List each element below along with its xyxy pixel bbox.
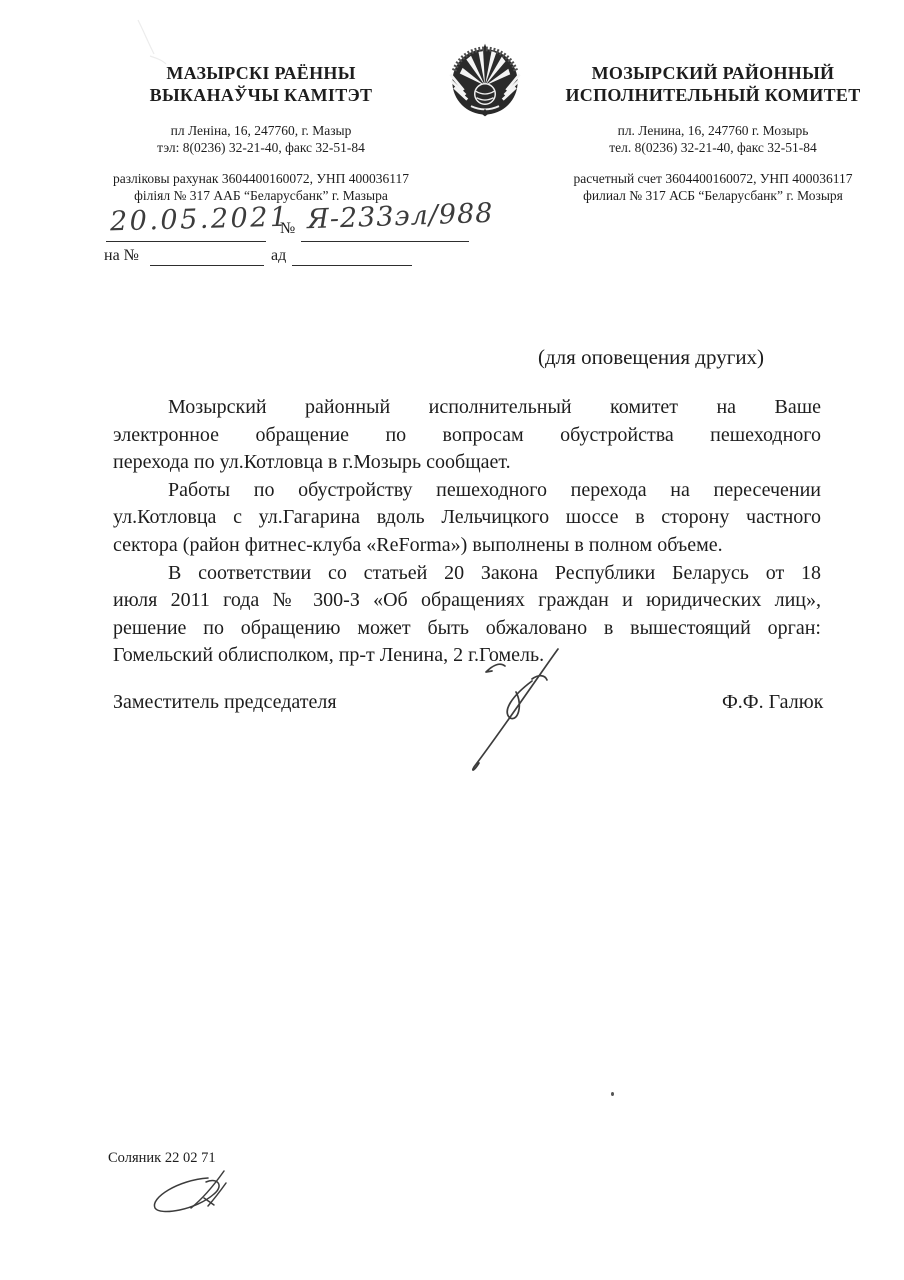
from-date-label: ад	[271, 247, 286, 265]
executor-line: Соляник 22 02 71	[108, 1150, 216, 1167]
from-date-underline	[292, 265, 412, 266]
body-text-line: перехода по ул.Котловца в г.Мозырь сообщ…	[113, 449, 821, 477]
letterhead-right: МОЗЫРСКИЙ РАЙОННЫЙ ИСПОЛНИТЕЛЬНЫЙ КОМИТЕ…	[546, 62, 880, 204]
body-text-line: решение по обращению может быть обжалова…	[113, 615, 821, 643]
scanned-letter-page: МАЗЫРСКІ РАЁННЫ ВЫКАНАЎЧЫ КАМІТЭТ пл Лен…	[0, 0, 904, 1280]
body-text-line: ул.Котловца с ул.Гагарина вдоль Лельчицк…	[113, 504, 821, 532]
body-text-line: сектора (район фитнес-клуба «ReForma») в…	[113, 532, 821, 560]
handwritten-date: 20.05.2021	[110, 202, 290, 238]
date-underline	[106, 241, 266, 242]
letter-body: Мозырский районный исполнительный комите…	[113, 394, 821, 670]
in-reply-to-label: на №	[104, 247, 139, 265]
bank-by-line1: разліковы рахунак 3604400160072, УНП 400…	[98, 170, 424, 187]
org-name-ru-line1: МОЗЫРСКИЙ РАЙОННЫЙ	[546, 62, 880, 84]
signer-position: Заместитель председателя	[113, 691, 337, 714]
handwritten-outgoing-number: Я-233эл/988	[307, 198, 494, 235]
org-name-by-line1: МАЗЫРСКІ РАЁННЫ	[98, 62, 424, 84]
org-name-by-line2: ВЫКАНАЎЧЫ КАМІТЭТ	[98, 84, 424, 106]
signature-stroke	[452, 641, 572, 781]
body-text-line: В соответствии со статьей 20 Закона Респ…	[113, 560, 821, 588]
number-underline	[301, 241, 469, 242]
body-text-line: электронное обращение по вопросам обустр…	[113, 422, 821, 450]
recipient-note: (для оповещения других)	[538, 345, 764, 370]
address-by-line1: пл Леніна, 16, 247760, г. Мазыр	[98, 122, 424, 139]
bank-ru-line1: расчетный счет 3604400160072, УНП 400036…	[546, 170, 880, 187]
address-by-line2: тэл: 8(0236) 32-21-40, факс 32-51-84	[98, 139, 424, 156]
body-text-line: Работы по обустройству пешеходного перех…	[113, 477, 821, 505]
number-sign-label: №	[280, 220, 295, 238]
body-text-line: Мозырский районный исполнительный комите…	[113, 394, 821, 422]
address-ru-line1: пл. Ленина, 16, 247760 г. Мозырь	[546, 122, 880, 139]
address-ru-line2: тел. 8(0236) 32-21-40, факс 32-51-84	[546, 139, 880, 156]
body-text-line: июля 2011 года № 300-З «Об обращениях гр…	[113, 587, 821, 615]
bank-ru-line2: филиал № 317 АСБ “Беларусбанк” г. Мозыря	[546, 187, 880, 204]
executor-paraph-signature	[144, 1166, 239, 1221]
in-reply-to-underline	[150, 265, 264, 266]
state-emblem-icon	[443, 42, 527, 118]
signer-name: Ф.Ф. Галюк	[722, 691, 823, 714]
org-name-ru-line2: ИСПОЛНИТЕЛЬНЫЙ КОМИТЕТ	[546, 84, 880, 106]
letterhead-left: МАЗЫРСКІ РАЁННЫ ВЫКАНАЎЧЫ КАМІТЭТ пл Лен…	[98, 62, 424, 204]
scan-speck	[611, 1092, 614, 1096]
